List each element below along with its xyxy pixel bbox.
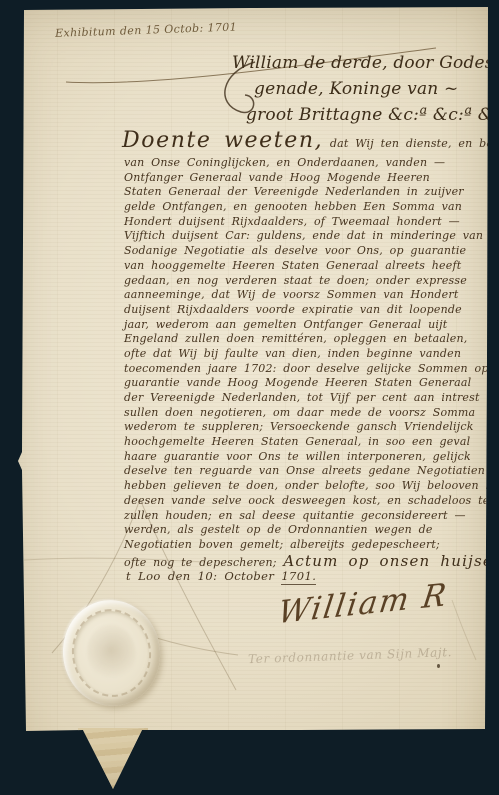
opening-words-rest: dat Wij ten dienste, en beste — [323, 137, 499, 150]
manuscript-line: zullen houden; en sal deese quitantie ge… — [124, 509, 486, 524]
opening-words-large: Doente weeten, — [122, 128, 323, 153]
header-line-2: genade, Koninge van ~ — [254, 76, 488, 102]
manuscript-line: haare guarantie voor Ons te willen inter… — [124, 450, 486, 465]
manuscript-line: gedaan, en nog verderen staat te doen; o… — [124, 274, 486, 289]
opening-line: Doente weeten, dat Wij ten dienste, en b… — [122, 128, 488, 153]
manuscript-line: Ontfanger Generaal vande Hoog Mogende He… — [124, 171, 486, 186]
manuscript-line: deesen vande selve oock desweegen kost, … — [124, 494, 486, 509]
manuscript-line: guarantie vande Hoog Mogende Heeren Stat… — [124, 376, 486, 391]
manuscript-line: gelde Ontfangen, en genooten hebben Een … — [124, 200, 486, 215]
manuscript-line: wederom te suppleren; Versoeckende gansc… — [124, 420, 486, 435]
actum-phrase: Actum op onsen huijse — [283, 552, 493, 570]
manuscript-line: Hondert duijsent Rijxdaalders, of Tweema… — [124, 215, 486, 230]
manuscript-line: werden, als gestelt op de Ordonnantien w… — [124, 523, 486, 538]
manuscript-line: van hooggemelte Heeren Staten Generaal a… — [124, 259, 486, 274]
manuscript-line: ofte dat Wij bij faulte van dien, inden … — [124, 347, 486, 362]
manuscript-line: Staten Generaal der Vereenigde Nederland… — [124, 185, 486, 200]
header-line-3: groot Brittagne &c:ª &c:ª &c:ª — [246, 102, 488, 128]
royal-title-header: William de derde, door Godes genade, Kon… — [232, 50, 488, 128]
header-line-1: William de derde, door Godes — [232, 50, 488, 76]
manuscript-line: van Onse Coninglijcken, en Onderdaanen, … — [124, 156, 486, 171]
manuscript-line: duijsent Rijxdaalders voorde expiratie v… — [124, 303, 486, 318]
manuscript-line: Engeland zullen doen remittéren, oplegge… — [124, 332, 486, 347]
manuscript-line: hebben gelieven te doen, onder belofte, … — [124, 479, 486, 494]
manuscript-page: Exhibitum den 15 Octob: 1701 William de … — [0, 0, 499, 795]
manuscript-line: hoochgemelte Heeren Staten Generaal, in … — [124, 435, 486, 450]
manuscript-body: van Onse Coninglijcken, en Onderdaanen, … — [124, 156, 486, 553]
manuscript-line: Vijftich duijsent Car: guldens, ende dat… — [124, 229, 486, 244]
dateline-year: 1701. — [281, 569, 316, 585]
dateline-place: t Loo den 10: October — [126, 569, 281, 583]
manuscript-line: der Vereenigde Nederlanden, tot Vijf per… — [124, 391, 486, 406]
manuscript-line: Sodanige Negotiatie als deselve voor Ons… — [124, 244, 486, 259]
manuscript-line: deselve ten reguarde van Onse alreets ge… — [124, 464, 486, 479]
closing-line: ofte nog te depescheren; Actum op onsen … — [124, 551, 493, 570]
manuscript-line: aanneeminge, dat Wij de voorsz Sommen va… — [124, 288, 486, 303]
closing-pre-text: ofte nog te depescheren; — [124, 556, 283, 569]
manuscript-line: jaar, wederom aan gemelten Ontfanger Gen… — [124, 318, 486, 333]
manuscript-line: toecomenden jaare 1702: door deselve gel… — [124, 362, 486, 377]
ink-blot — [437, 664, 440, 668]
photo-background: Exhibitum den 15 Octob: 1701 William de … — [0, 0, 499, 795]
manuscript-line: sullen doen negotieren, om daar mede de … — [124, 406, 486, 421]
dateline: t Loo den 10: October 1701. — [126, 569, 316, 583]
